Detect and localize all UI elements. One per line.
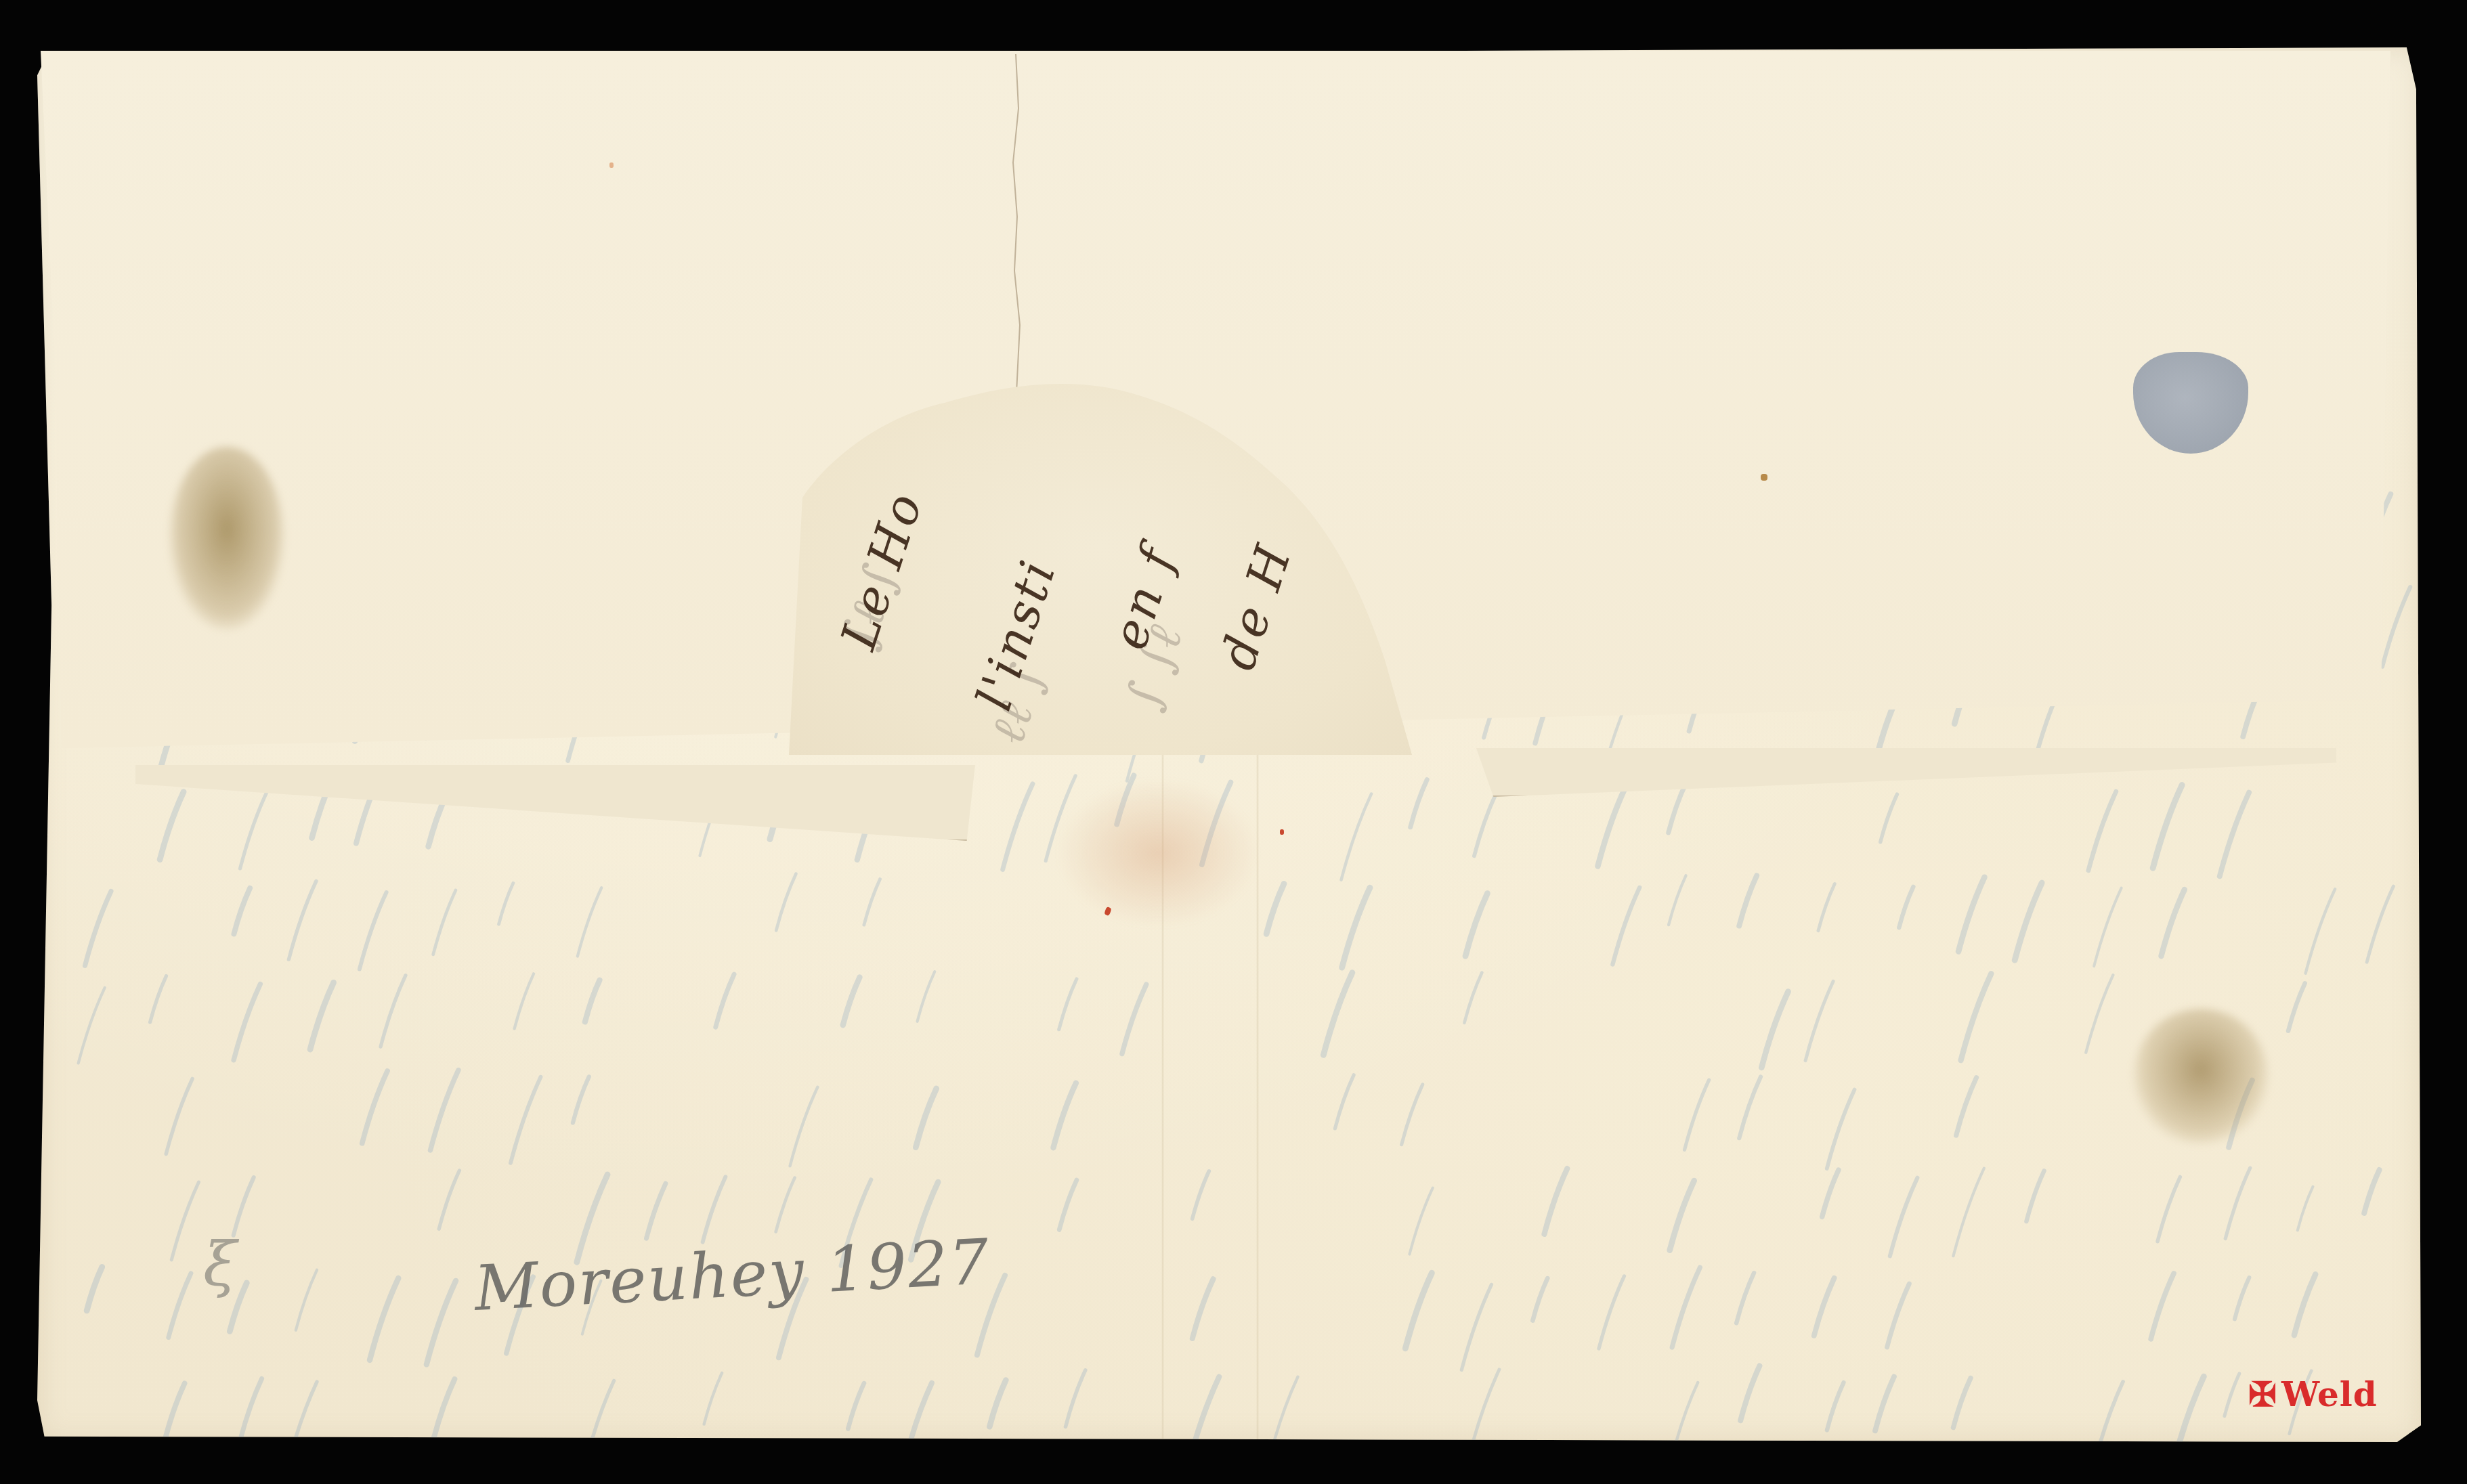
seal-script-line: Le Ho — [830, 484, 934, 656]
seal-script-line: l'insti — [965, 552, 1067, 717]
paper-crack — [1002, 54, 1029, 406]
stamp-text: Weld — [2281, 1374, 2378, 1414]
speck — [1761, 474, 1767, 481]
scan-background: ∫ℓ ∫ ℓℓ ∫ ∫ ∫ℓ Le Ho l'insti en f de H ξ… — [0, 0, 2467, 1484]
stain — [169, 447, 284, 630]
stain — [1056, 779, 1260, 927]
red-speck — [1280, 829, 1284, 835]
stain — [2133, 1009, 2269, 1144]
collector-stamp: ✠ Weld — [2248, 1374, 2378, 1414]
seal-script-line: de H — [1209, 536, 1303, 676]
pencil-mark: ξ — [203, 1229, 237, 1300]
cross-icon: ✠ — [2248, 1378, 2277, 1412]
speck — [609, 162, 614, 168]
